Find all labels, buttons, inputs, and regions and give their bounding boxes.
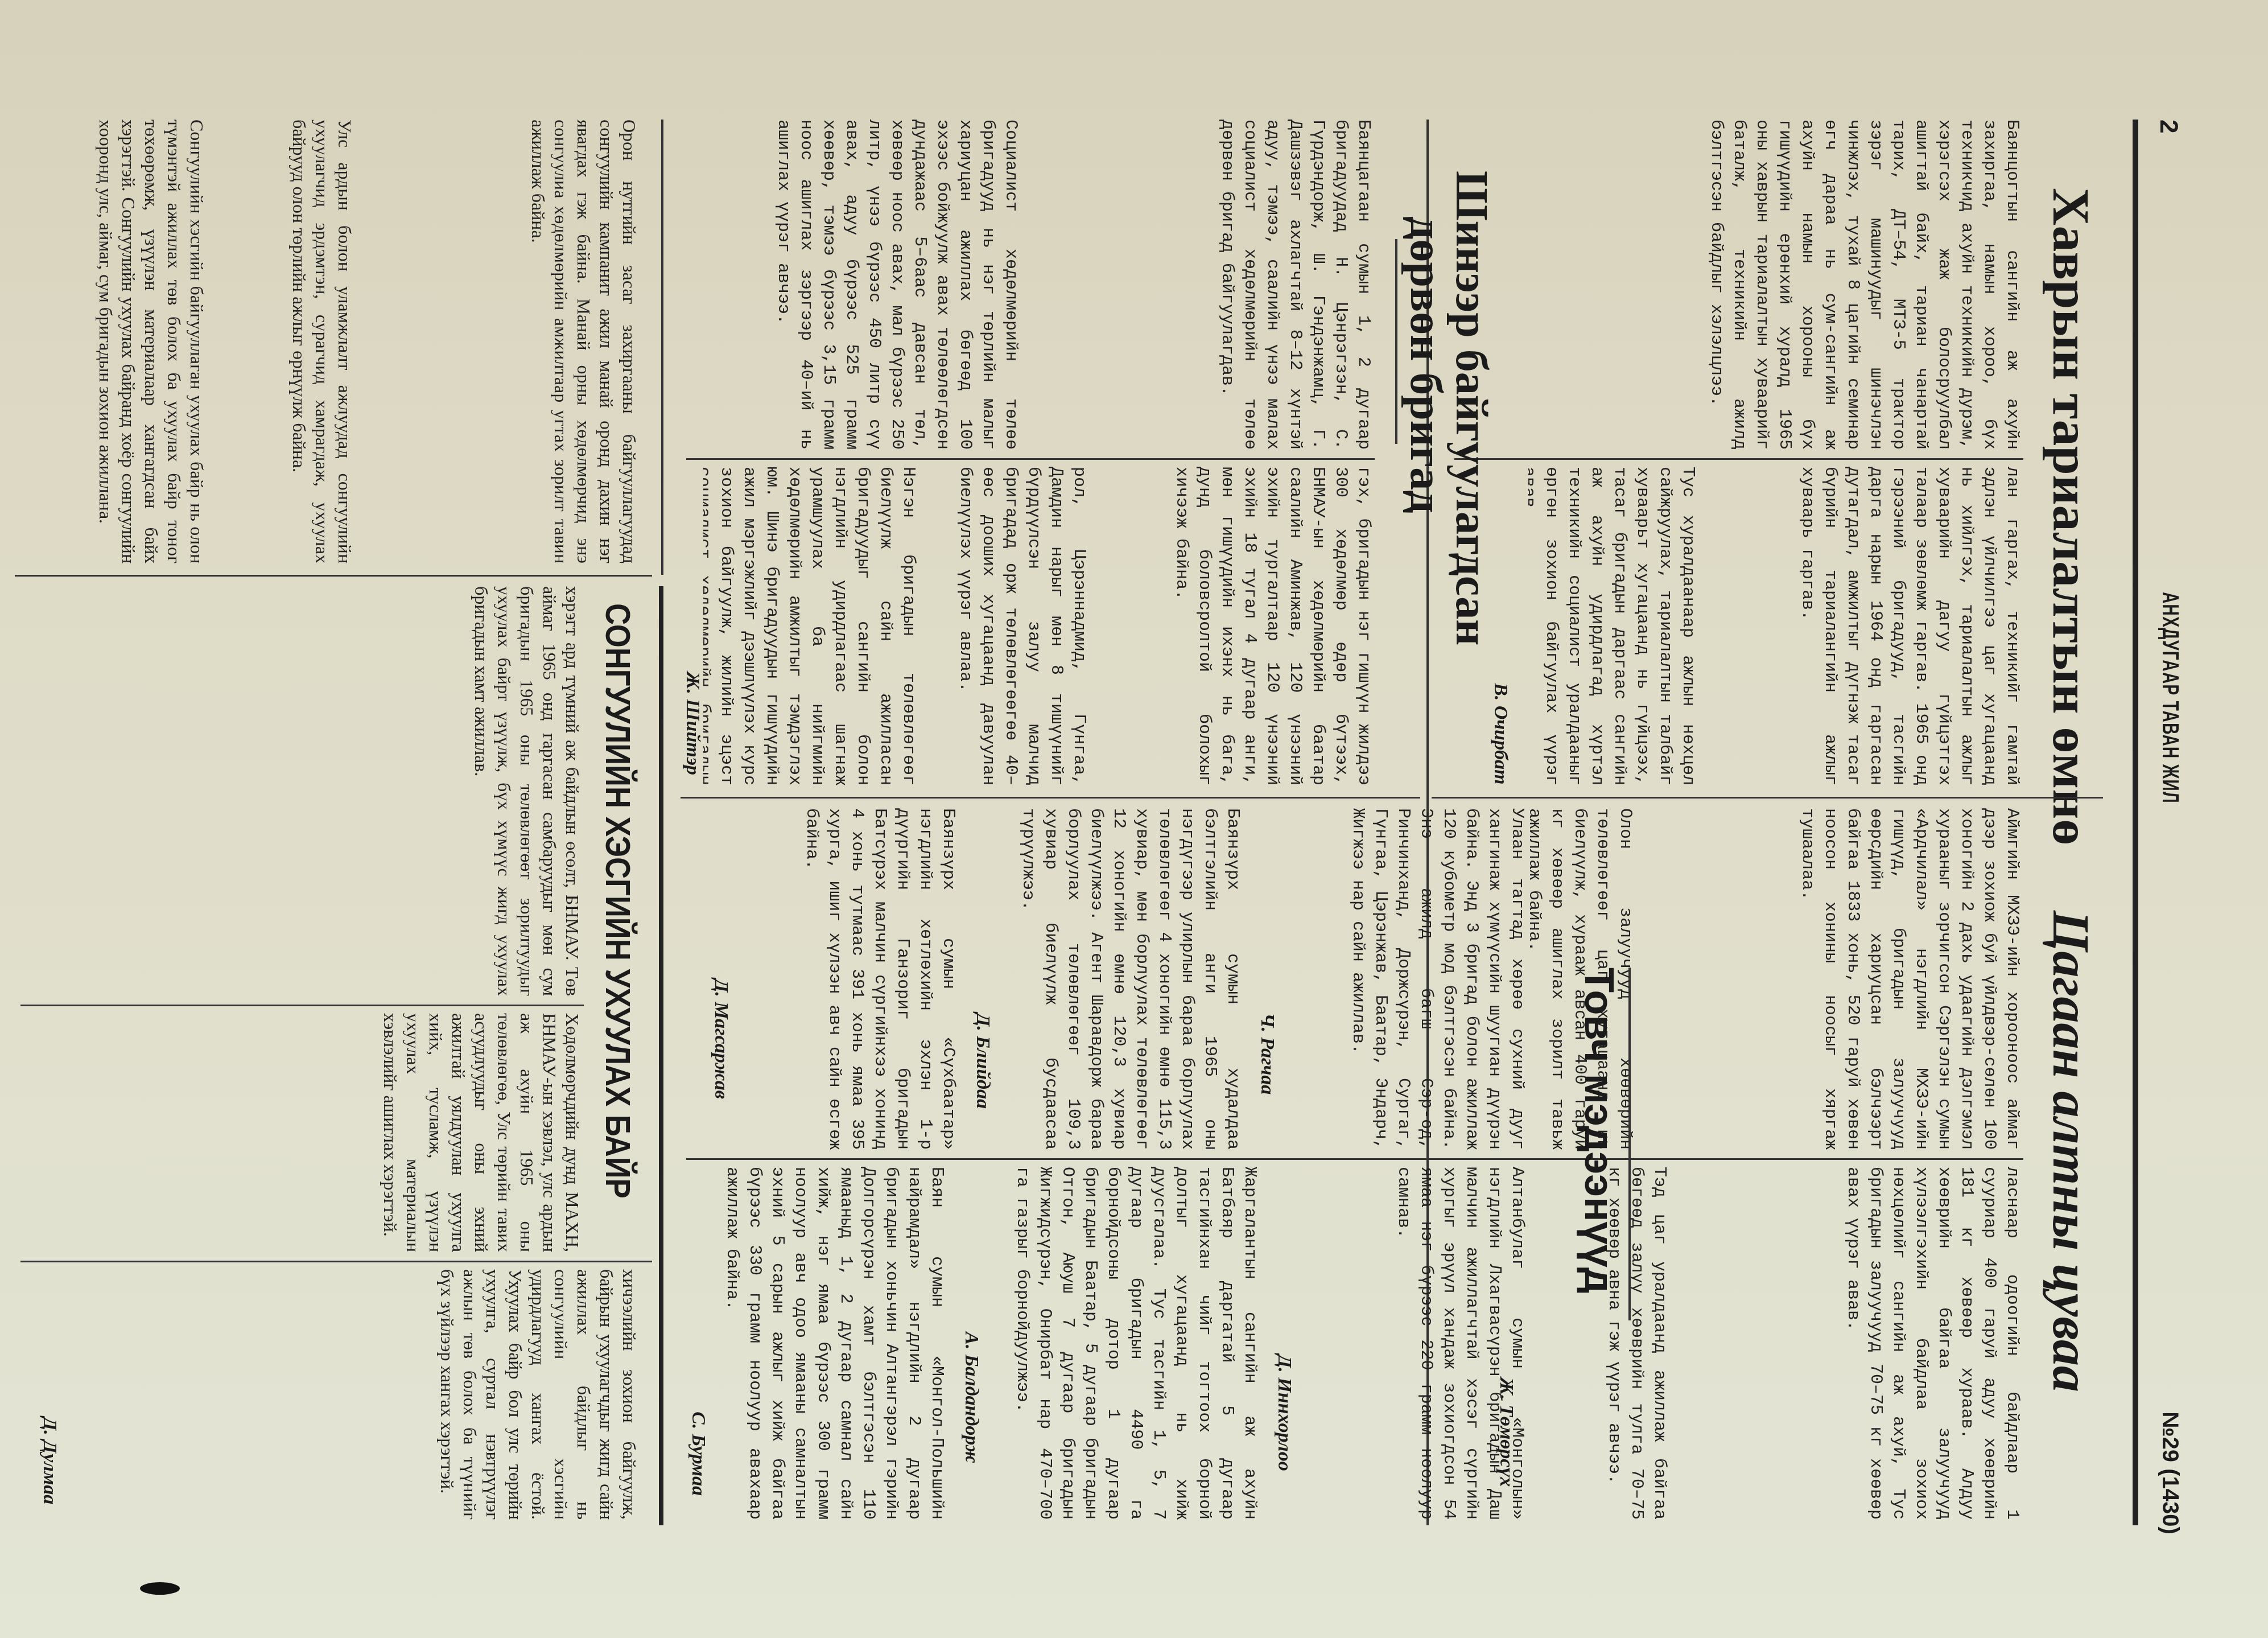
news-item: Жаргалантын сангийн аж ахуйн Батбаяр дар… <box>988 1167 1261 1520</box>
article-divider <box>1432 797 2103 799</box>
headline-new-brigades-line1: Шинээр байгуулагдсан <box>1449 171 1494 645</box>
section-divider-thick <box>659 586 663 1525</box>
news-item: Баянзүрх сумын «Сүхбаатар» нэгдлийн хөтл… <box>743 808 959 1150</box>
column-divider <box>1454 458 2023 460</box>
article-column: Улс ардын болон уламжлалт ажлуудад сонгу… <box>208 120 356 563</box>
byline: Д. Дулмаа <box>39 1417 60 1504</box>
byline: Ч. Рагчаа <box>1256 1013 1278 1094</box>
article-column: Нэгэн бригадын төлөвлөгөөг биелүүлж сайн… <box>703 467 919 785</box>
news-item: Улаан тагтад хөрөө сухний дууг хангинаж … <box>1278 808 1528 1150</box>
ornament-rule <box>1628 968 1631 1320</box>
article-column: Сонгуулийн хэсгийн байгууллаган ухуулах … <box>20 120 208 563</box>
article-divider <box>681 797 1420 799</box>
headline-spring-sowing: Хаврын тариалалтын өмнө <box>2045 188 2097 845</box>
news-item: Баянзүрх сумын худалдаа бэлтгэлийн анги … <box>993 808 1244 1150</box>
page-number: 2 <box>2154 120 2183 133</box>
newspaper-page: 2 АНХДУГААР ТАВАН ЖИЛ №29 (1430) Хаврын … <box>0 0 2268 1638</box>
column-divider <box>686 458 1375 460</box>
article-column: хэрэгт ард түмний аж байдлын өсөлт, БНМА… <box>185 586 584 996</box>
byline: Д. Иннхорлоо <box>1273 1355 1295 1471</box>
column-divider <box>20 1005 584 1006</box>
column-divider <box>686 1158 1528 1160</box>
article-column: ласнаар одоогийн байдлаар 1 сууриар 400 … <box>1671 1167 2023 1520</box>
headline-brief-news: Товч мэдээнүүд <box>1578 968 1619 1293</box>
article-column: Орон нутгийн засаг захиргааны байгууллаг… <box>356 120 641 563</box>
byline: Д. Магсаржав <box>710 979 732 1099</box>
article-column: хичээлийн зохион байгуулж, байрын ухуула… <box>83 1269 641 1520</box>
headline-white-gold: Цагаан алтны цуваа <box>2045 911 2097 1392</box>
byline: Ж. Шийтэр <box>682 672 703 775</box>
news-item: Алтанбулаг сумын «Монголын» нэгдлийн Лха… <box>1301 1167 1528 1520</box>
issue-number: №29 (1430) <box>2157 1411 2183 1534</box>
newspaper-title: АНХДУГААР ТАВАН ЖИЛ <box>2157 592 2183 804</box>
article-column: рол, Цэрэннадмид, Гүнгаа, Дамдин нарыг м… <box>919 467 1090 785</box>
article-column: Социалист хөдөлмөрийн төлөө бригадууд нь… <box>681 120 1022 450</box>
column-divider <box>15 575 652 577</box>
punch-hole <box>140 1582 180 1595</box>
byline: Д. Блийдаа <box>972 1013 993 1109</box>
headline-agitation-point: СОНГУУЛИЙН ХЭСГИЙН УХУУЛАХ БАЙР <box>600 603 635 1199</box>
article-column: Баянцагаан сумын 1, 2 дугаар бригадуудад… <box>1022 120 1375 450</box>
article-column: Тус хуралдаанаар ажлын нөхцөл сайжруулах… <box>1528 467 1699 785</box>
article-column: Хөдөлмөрчдийн дунд МАХН, БНМАУ-ын хэвлэл… <box>26 1013 584 1252</box>
column-divider <box>20 1261 652 1262</box>
article-column: Аймгийн МХЗЭ-ийн хорооноос аймаг дээр зо… <box>1636 808 2023 1150</box>
headline-rule <box>1395 239 1397 444</box>
byline: С. Бурмаа <box>687 1411 709 1496</box>
article-column: лан гаргах, техникийг гамтай эдлэн үйлчи… <box>1705 467 2023 785</box>
section-divider <box>661 120 663 575</box>
article-column: Баянцогтын сангийн аж ахуйн захиргаа, на… <box>1454 120 2023 450</box>
news-item: Баян сумын «Монгол-Польшийн найрамдал» н… <box>720 1167 948 1520</box>
headline-new-brigades-line2: дөрвөн бригад <box>1403 216 1449 513</box>
byline: В. Очирбат <box>1490 683 1511 784</box>
header-rule <box>2133 120 2138 1525</box>
byline: А. Балдандорж <box>960 1332 982 1463</box>
article-column: гэх, бригадын нэг гишүүн жилдээ 300 хөдө… <box>1090 467 1375 785</box>
column-divider <box>1477 1158 2023 1160</box>
